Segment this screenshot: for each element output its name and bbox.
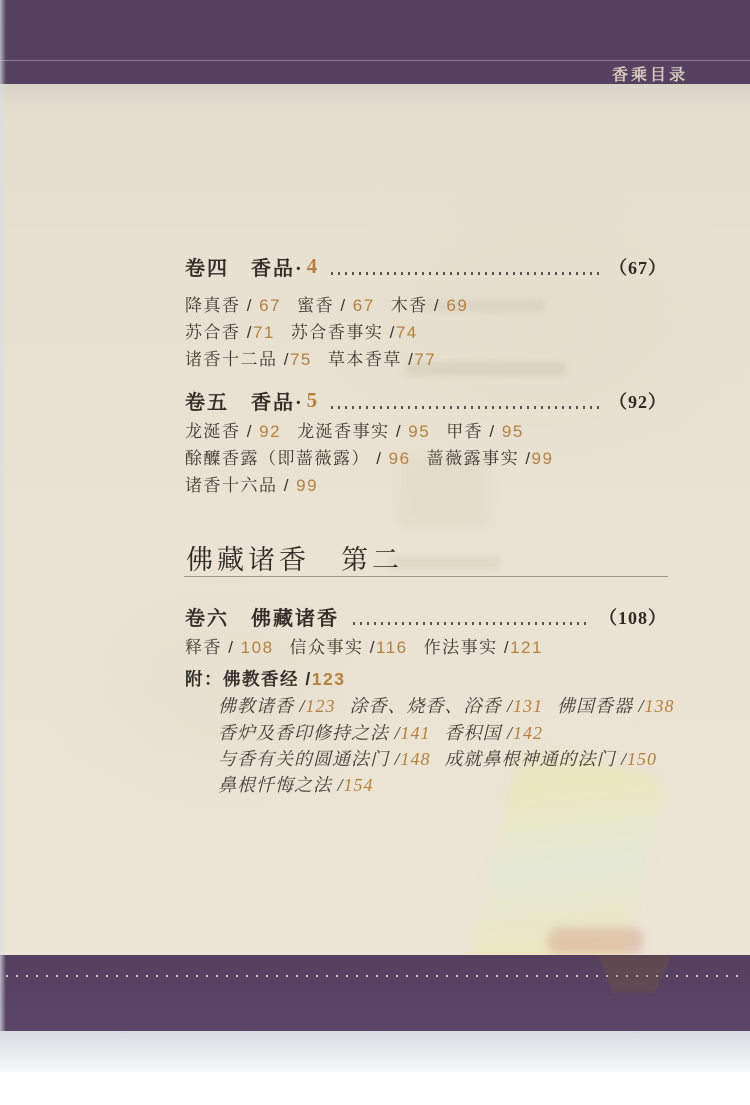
entry-page-number: 141 [401, 723, 431, 743]
band-rule [0, 60, 750, 61]
chapter-page-number: （92） [609, 388, 667, 414]
entry-page-number: 99 [296, 476, 318, 495]
chapter-title: 卷六 佛藏诸香 [185, 602, 339, 631]
part-heading: 佛藏诸香 第二 [186, 538, 403, 577]
entry-label: 香积国 / [445, 723, 514, 743]
chapter-title: 卷四 香品· [185, 252, 304, 281]
entry-label: 佛教诸香 / [218, 696, 306, 716]
stamp-watermark-pink [548, 928, 643, 954]
appendix-label: 附：佛教香经 / [185, 669, 312, 689]
dotted-leader [353, 622, 589, 625]
entry-label: 鼻根忏悔之法 / [218, 775, 344, 795]
entry-page-number: 148 [401, 749, 431, 769]
chapter-accent-number: 4 [307, 254, 318, 279]
toc-line: 酴醾香露（即蔷薇露） / 96蔷薇露事实 /99 [185, 444, 685, 469]
entry-page-number: 150 [627, 749, 657, 769]
dotted-leader [331, 272, 599, 275]
entry-label: 苏合香 / [185, 323, 253, 342]
dotted-leader [331, 406, 599, 409]
entry-page-number: 121 [510, 638, 543, 657]
entry-label: 佛国香器 / [557, 696, 645, 716]
entry-page-number: 95 [502, 422, 524, 441]
appendix-line: 鼻根忏悔之法 /154 [218, 771, 688, 797]
entry-label: 龙涎香 / [185, 422, 259, 441]
entry-label: 涂香、烧香、浴香 / [350, 696, 514, 716]
chapter-title: 卷五 香品· [185, 386, 304, 415]
page-edge-shadow [0, 1031, 750, 1072]
toc-line: 苏合香 /71苏合香事实 /74 [185, 318, 685, 343]
entry-label: 与香有关的圆通法门 / [218, 749, 401, 769]
entry-label: 释香 / [185, 638, 241, 657]
entry-page-number: 95 [408, 422, 430, 441]
entry-page-number: 99 [532, 449, 554, 468]
running-head-title: 香乘目录 [612, 62, 688, 85]
chapter-page-number: （108） [599, 604, 667, 630]
bleedthrough-smudge [390, 556, 500, 570]
entry-label: 香炉及香印修持之法 / [218, 723, 401, 743]
scan-left-edge [0, 0, 6, 1031]
entry-label: 蜜香 / [297, 296, 353, 315]
toc-line: 释香 / 108信众事实 /116作法事实 /121 [185, 633, 685, 658]
appendix-line: 佛教诸香 /123涂香、烧香、浴香 /131佛国香器 /138 [218, 692, 688, 718]
part-heading-rule [184, 576, 668, 577]
toc-line: 降真香 / 67蜜香 / 67木香 / 69 [185, 291, 685, 316]
entry-label: 成就鼻根神通的法门 / [445, 749, 628, 769]
chapter-page-number: （67） [609, 254, 667, 280]
entry-label: 蔷薇露事实 / [427, 449, 532, 468]
entry-page-number: 71 [253, 323, 275, 342]
entry-page-number: 96 [389, 449, 411, 468]
entry-label: 木香 / [391, 296, 447, 315]
entry-page-number: 123 [306, 696, 336, 716]
chapter-heading-vol6: 卷六 佛藏诸香 （108） [185, 602, 667, 631]
appendix-line: 香炉及香印修持之法 /141香积国 /142 [218, 719, 688, 745]
entry-page-number: 138 [645, 696, 675, 716]
entry-label: 诸香十二品 / [185, 350, 290, 369]
entry-label: 苏合香事实 / [291, 323, 396, 342]
toc-line: 诸香十六品 / 99 [185, 471, 685, 496]
entry-label: 信众事实 / [290, 638, 376, 657]
entry-label: 降真香 / [185, 296, 259, 315]
entry-label: 作法事实 / [424, 638, 510, 657]
chapter-accent-number: 5 [307, 388, 318, 413]
chapter-heading-vol4: 卷四 香品·4 （67） [185, 252, 667, 281]
entry-page-number: 67 [353, 296, 375, 315]
entry-page-number: 131 [513, 696, 543, 716]
entry-label: 甲香 / [446, 422, 502, 441]
top-border-band: 香乘目录 [0, 0, 750, 84]
entry-label: 龙涎香事实 / [297, 422, 408, 441]
entry-page-number: 142 [513, 723, 543, 743]
entry-label: 草本香草 / [328, 350, 414, 369]
entry-page-number: 92 [259, 422, 281, 441]
entry-page-number: 116 [376, 638, 408, 657]
entry-page-number: 75 [290, 350, 312, 369]
entry-page-number: 77 [414, 350, 436, 369]
toc-line: 龙涎香 / 92龙涎香事实 / 95甲香 / 95 [185, 417, 685, 442]
entry-page-number: 67 [259, 296, 281, 315]
appendix-page-number: 123 [312, 669, 346, 689]
entry-label: 诸香十六品 / [185, 476, 296, 495]
chapter-heading-vol5: 卷五 香品·5 （92） [185, 386, 667, 415]
appendix-heading: 附：佛教香经 /123 [185, 666, 685, 691]
entry-page-number: 69 [446, 296, 468, 315]
entry-page-number: 154 [344, 775, 374, 795]
appendix-line: 与香有关的圆通法门 /148成就鼻根神通的法门 /150 [218, 745, 688, 771]
entry-page-number: 108 [241, 638, 274, 657]
entry-page-number: 74 [396, 323, 418, 342]
entry-label: 酴醾香露（即蔷薇露） / [185, 449, 389, 468]
toc-line: 诸香十二品 /75草本香草 /77 [185, 345, 685, 370]
